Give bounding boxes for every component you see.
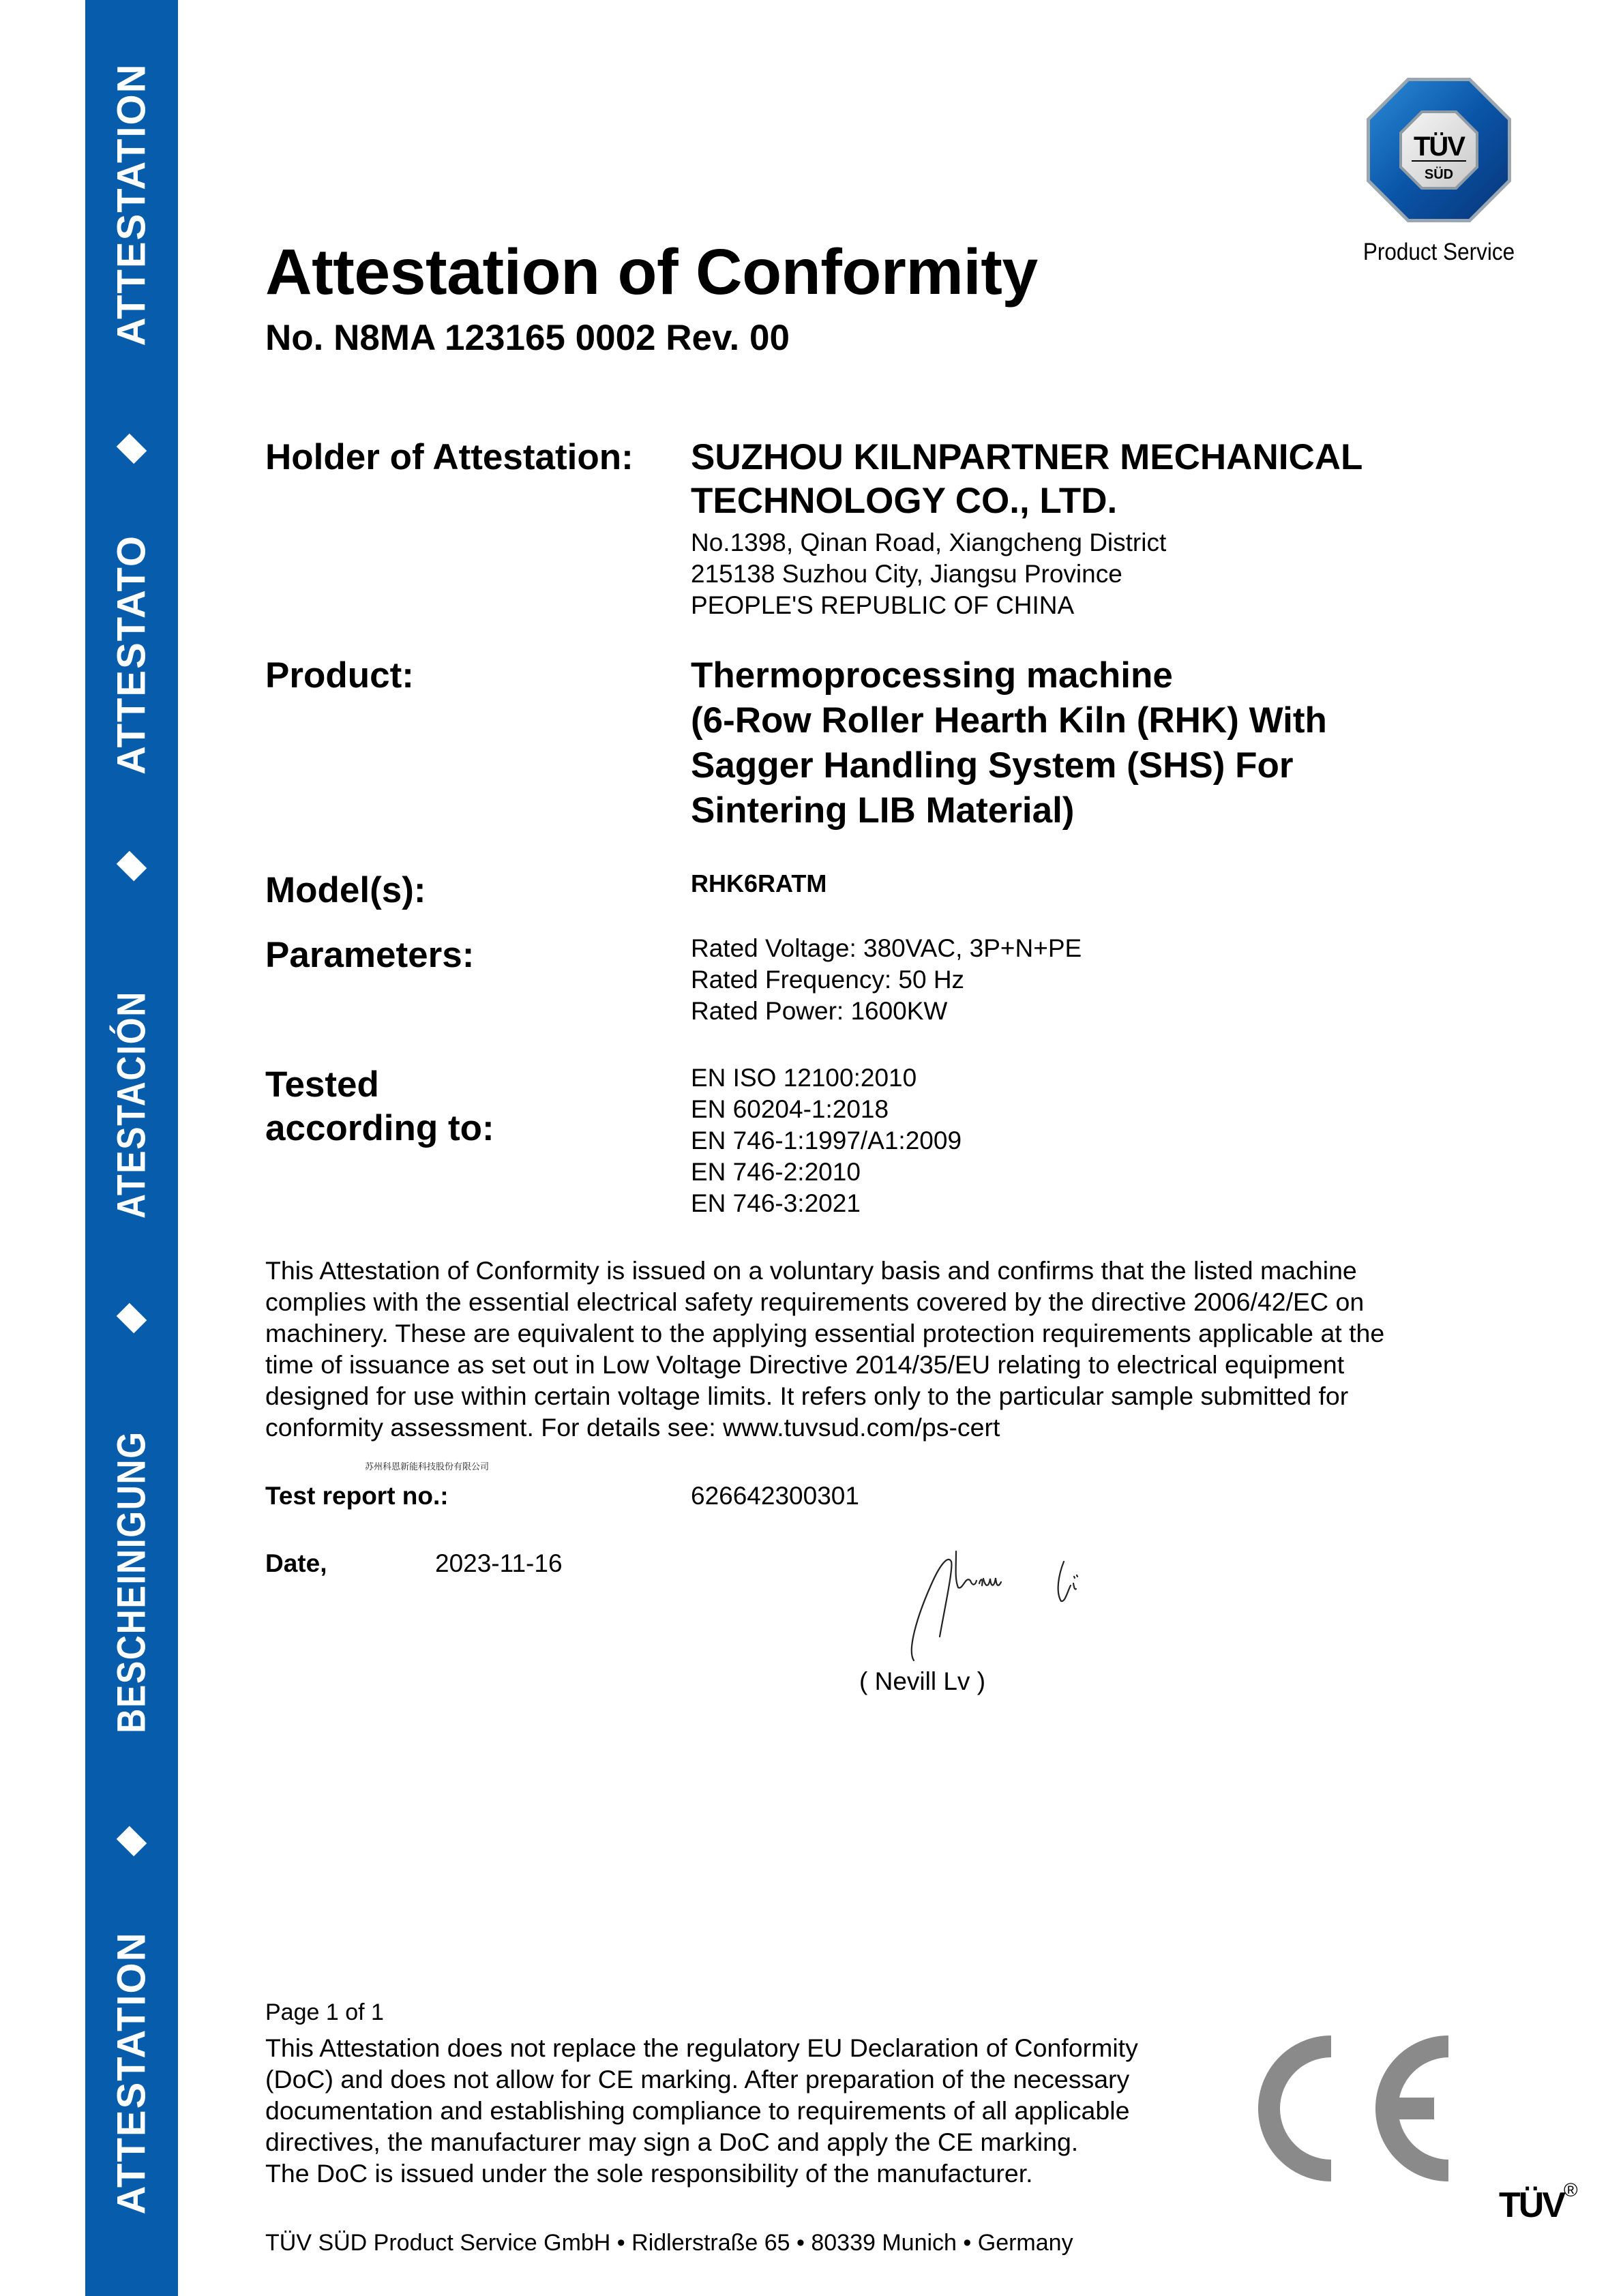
company-stamp-text: 苏州科恩新能科技股份有限公司 xyxy=(365,1459,489,1472)
standard-item: EN 746-2:2010 xyxy=(691,1157,861,1188)
standard-item: EN 746-3:2021 xyxy=(691,1188,861,1219)
ce-mark-icon xyxy=(1255,2036,1473,2182)
svg-text:SÜD: SÜD xyxy=(1425,166,1453,182)
date-label: Date, xyxy=(265,1549,327,1578)
product-line: Thermoprocessing machine xyxy=(691,653,1173,698)
test-report-label: Test report no.: xyxy=(265,1482,449,1510)
parameter-line: Rated Power: 1600KW xyxy=(691,996,947,1027)
signatory-name: ( Nevill Lv ) xyxy=(859,1667,985,1696)
parameter-line: Rated Frequency: 50 Hz xyxy=(691,964,964,996)
tested-label-line: according to: xyxy=(265,1107,494,1150)
footer-address: TÜV SÜD Product Service GmbH • Ridlerstr… xyxy=(265,2230,1073,2256)
page-title: Attestation of Conformity xyxy=(265,235,1038,310)
statement-paragraph: This Attestation of Conformity is issued… xyxy=(265,1255,1493,1443)
test-report-value: 626642300301 xyxy=(691,1482,859,1510)
band-word-bescheinigung: BESCHEINIGUNG xyxy=(85,1398,178,1766)
product-line: Sintering LIB Material) xyxy=(691,788,1074,833)
band-word-attestato: ATTESTATO xyxy=(85,518,178,791)
holder-address-line: 215138 Suzhou City, Jiangsu Province xyxy=(691,558,1122,590)
holder-address-line: No.1398, Qinan Road, Xiangcheng District xyxy=(691,527,1166,558)
date-value: 2023-11-16 xyxy=(435,1549,563,1578)
product-line: (6-Row Roller Hearth Kiln (RHK) With xyxy=(691,698,1327,743)
band-word-attestation-bottom: ATTESTATION xyxy=(85,1930,178,2216)
attestation-number: No. N8MA 123165 0002 Rev. 00 xyxy=(265,317,790,359)
holder-address-line: PEOPLE'S REPUBLIC OF CHINA xyxy=(691,590,1074,621)
statement-line: machinery. These are equivalent to the a… xyxy=(265,1317,1493,1349)
statement-line: This Attestation of Conformity is issued… xyxy=(265,1255,1493,1286)
diamond-icon xyxy=(117,434,147,464)
side-band: ATTESTATION ATTESTATO ATESTACIÓN BESCHEI… xyxy=(85,0,178,2296)
statement-line: time of issuance as set out in Low Volta… xyxy=(265,1349,1493,1380)
holder-name-line: TECHNOLOGY CO., LTD. xyxy=(691,479,1117,524)
parameters-label: Parameters: xyxy=(265,934,474,976)
product-label: Product: xyxy=(265,655,414,697)
disclaimer-paragraph: This Attestation does not replace the re… xyxy=(265,2032,1138,2189)
statement-line: designed for use within certain voltage … xyxy=(265,1380,1493,1412)
tuv-registered-mark: TÜV® xyxy=(1499,2179,1578,2226)
tested-label-line: Tested xyxy=(265,1064,379,1106)
disclaimer-line: (DoC) and does not allow for CE marking.… xyxy=(265,2063,1138,2095)
page-indicator: Page 1 of 1 xyxy=(265,1999,384,2026)
standard-item: EN 60204-1:2018 xyxy=(691,1094,889,1125)
statement-line: conformity assessment. For details see: … xyxy=(265,1412,1493,1443)
band-word-attestation-top: ATTESTATION xyxy=(85,41,178,368)
svg-text:TÜV: TÜV xyxy=(1414,131,1465,162)
standard-item: EN 746-1:1997/A1:2009 xyxy=(691,1125,962,1157)
holder-name-line: SUZHOU KILNPARTNER MECHANICAL xyxy=(691,435,1363,480)
signature-icon xyxy=(880,1548,1139,1671)
diamond-icon xyxy=(117,1303,147,1334)
disclaimer-line: The DoC is issued under the sole respons… xyxy=(265,2158,1138,2189)
disclaimer-line: This Attestation does not replace the re… xyxy=(265,2032,1138,2063)
product-line: Sagger Handling System (SHS) For xyxy=(691,743,1293,788)
diamond-icon xyxy=(117,1826,147,1857)
model-value: RHK6RATM xyxy=(691,869,827,898)
standard-item: EN ISO 12100:2010 xyxy=(691,1062,917,1094)
holder-label: Holder of Attestation: xyxy=(265,436,634,479)
models-label: Model(s): xyxy=(265,869,426,912)
disclaimer-line: documentation and establishing complianc… xyxy=(265,2095,1138,2126)
band-word-atestacion: ATESTACIÓN xyxy=(85,961,178,1248)
statement-line: complies with the essential electrical s… xyxy=(265,1286,1493,1317)
diamond-icon xyxy=(117,851,147,882)
disclaimer-line: directives, the manufacturer may sign a … xyxy=(265,2126,1138,2158)
logo-caption: Product Service xyxy=(1363,239,1516,266)
parameter-line: Rated Voltage: 380VAC, 3P+N+PE xyxy=(691,933,1082,964)
tuv-sud-logo-icon: TÜV SÜD xyxy=(1364,75,1514,225)
